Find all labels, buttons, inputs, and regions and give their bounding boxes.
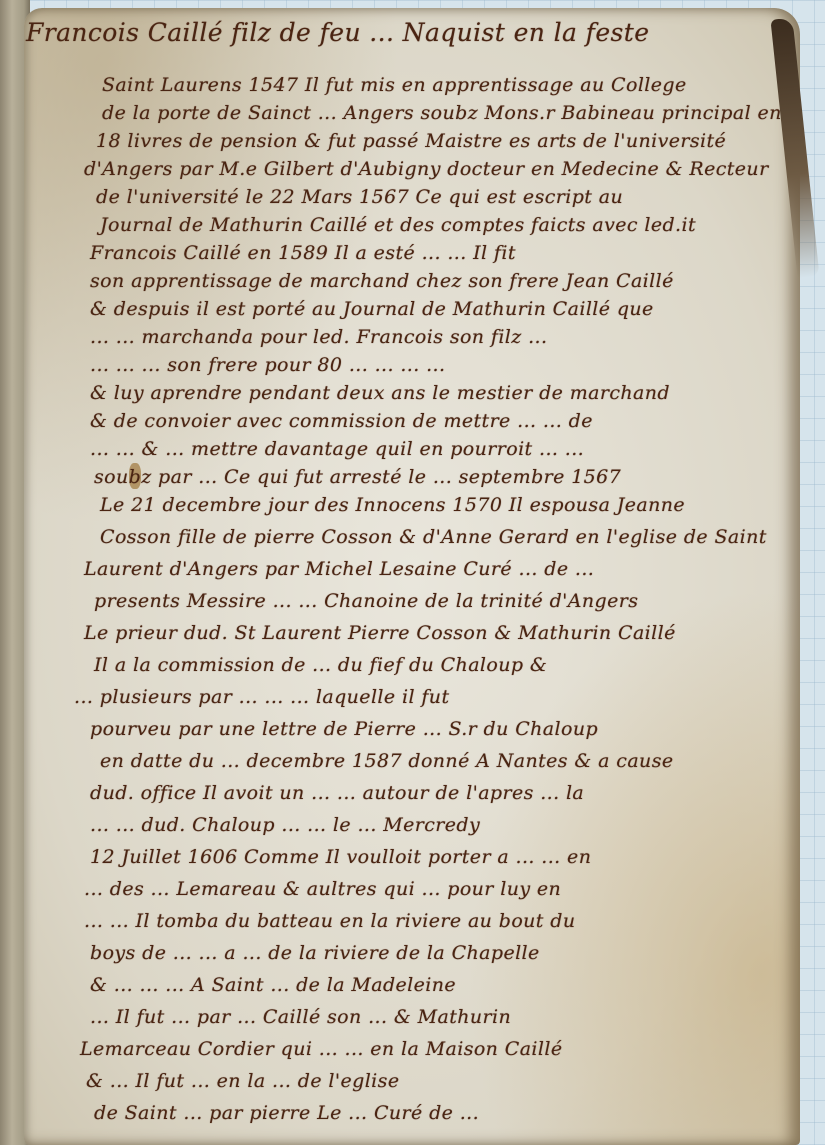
manuscript-line: de l'université le 22 Mars 1567 Ce qui e… bbox=[96, 188, 623, 207]
manuscript-line: d'Angers par M.e Gilbert d'Aubigny docte… bbox=[84, 160, 769, 179]
manuscript-line: ... Il fut ... par ... Caillé son ... & … bbox=[90, 1008, 511, 1027]
manuscript-page: Francois Caillé filz de feu ... Naquist … bbox=[24, 8, 800, 1145]
manuscript-line: presents Messire ... ... Chanoine de la … bbox=[94, 592, 638, 611]
manuscript-line: ... ... marchanda pour led. Francois son… bbox=[90, 328, 547, 347]
manuscript-line: & despuis il est porté au Journal de Mat… bbox=[90, 300, 654, 319]
manuscript-line: & de convoier avec commission de mettre … bbox=[90, 412, 593, 431]
manuscript-line: ... ... ... son frere pour 80 ... ... ..… bbox=[90, 356, 445, 375]
manuscript-line: dud. office Il avoit un ... ... autour d… bbox=[90, 784, 584, 803]
manuscript-line: Le 21 decembre jour des Innocens 1570 Il… bbox=[100, 496, 685, 515]
manuscript-line: Il a la commission de ... du fief du Cha… bbox=[94, 656, 547, 675]
manuscript-line: ... des ... Lemareau & aultres qui ... p… bbox=[84, 880, 561, 899]
manuscript-line: de la porte de Sainct ... Angers soubz M… bbox=[102, 104, 782, 123]
manuscript-line: ... plusieurs par ... ... ... laquelle i… bbox=[74, 688, 449, 707]
manuscript-line: & ... Il fut ... en la ... de l'eglise bbox=[86, 1072, 399, 1091]
manuscript-line: & luy aprendre pendant deux ans le mesti… bbox=[90, 384, 670, 403]
manuscript-line: en datte du ... decembre 1587 donné A Na… bbox=[100, 752, 674, 771]
manuscript-line: boys de ... ... a ... de la riviere de l… bbox=[90, 944, 540, 963]
manuscript-line: ... ... dud. Chaloup ... ... le ... Merc… bbox=[90, 816, 480, 835]
manuscript-line: ... ... Il tomba du batteau en la rivier… bbox=[84, 912, 575, 931]
manuscript-line: Lemarceau Cordier qui ... ... en la Mais… bbox=[80, 1040, 563, 1059]
manuscript-line: Francois Caillé filz de feu ... Naquist … bbox=[26, 20, 649, 45]
manuscript-line: son apprentissage de marchand chez son f… bbox=[90, 272, 674, 291]
manuscript-line: 12 Juillet 1606 Comme Il voulloit porter… bbox=[90, 848, 591, 867]
manuscript-line: ... ... & ... mettre davantage quil en p… bbox=[90, 440, 584, 459]
manuscript-line: Laurent d'Angers par Michel Lesaine Curé… bbox=[84, 560, 594, 579]
manuscript-line: Francois Caillé en 1589 Il a esté ... ..… bbox=[90, 244, 516, 263]
manuscript-line: pourveu par une lettre de Pierre ... S.r… bbox=[90, 720, 598, 739]
manuscript-line: Saint Laurens 1547 Il fut mis en apprent… bbox=[102, 76, 687, 95]
manuscript-line: 18 livres de pension & fut passé Maistre… bbox=[96, 132, 726, 151]
manuscript-line: soubz par ... Ce qui fut arresté le ... … bbox=[94, 468, 621, 487]
manuscript-line: Journal de Mathurin Caillé et des compte… bbox=[100, 216, 696, 235]
manuscript-line: de Saint ... par pierre Le ... Curé de .… bbox=[94, 1104, 479, 1123]
manuscript-line: & ... ... ... A Saint ... de la Madelein… bbox=[90, 976, 456, 995]
manuscript-line: Le prieur dud. St Laurent Pierre Cosson … bbox=[84, 624, 676, 643]
manuscript-line: Cosson fille de pierre Cosson & d'Anne G… bbox=[100, 528, 767, 547]
